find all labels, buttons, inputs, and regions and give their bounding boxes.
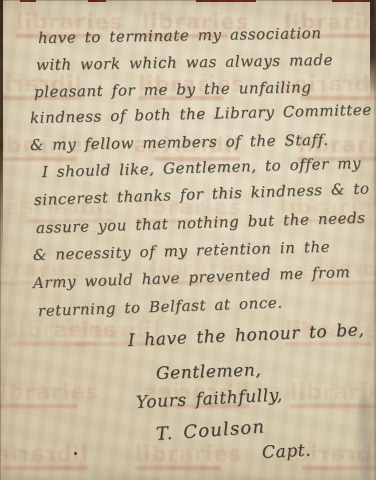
letter-line: have to terminate my association (38, 24, 322, 47)
watermark-url-line (10, 342, 96, 346)
letter-line: pleasant for me by the unfailing (34, 78, 312, 101)
letter-line: sincerest thanks for this kindness & to (34, 179, 370, 209)
watermark-tile: libraries (10, 320, 110, 346)
watermark-tile: libraries (0, 444, 88, 470)
watermark-tile: libraries (135, 444, 235, 470)
letter-line: & my fellow members of the Staff. (30, 131, 329, 154)
ink-speck (222, 243, 224, 245)
letter-line: & necessity of my retention in the (33, 238, 331, 264)
scan-top-edge (0, 0, 376, 1)
scan-top-mark (196, 0, 256, 2)
letter-line: returning to Belfast at once. (38, 293, 283, 320)
signature-rank: Capt. (261, 440, 311, 463)
ink-speck (74, 452, 77, 455)
watermark-url-line (300, 96, 376, 100)
letter-closing-line: Yours faithfully, (135, 385, 283, 413)
letter-closing-line: Gentlemen, (156, 360, 262, 384)
watermark-url-line (2, 466, 88, 470)
watermark-tile: libraries (0, 382, 92, 408)
letter-line: I should like, Gentlemen, to offer my (42, 154, 362, 181)
letter-line: with work which was always made (36, 51, 333, 74)
letter-line: kindness of both the Library Committee (30, 101, 372, 127)
watermark-text: libraries (135, 444, 235, 464)
scan-bottom-right-smudge (360, 396, 371, 480)
scan-top-mark (88, 0, 106, 2)
signature: T. Coulson (155, 416, 266, 445)
scanned-letter-page: librarieslibrarieslibrarieslibrarieslibr… (0, 0, 376, 480)
watermark-text: libraries (0, 382, 92, 402)
letter-closing-line: I have the honour to be, (128, 320, 365, 351)
watermark-text: libraries (10, 320, 110, 340)
letter-line: assure you that nothing but the needs (36, 209, 366, 237)
watermark-url-line (135, 466, 221, 470)
scan-top-mark (20, 0, 36, 2)
letter-line: Army would have prevented me from (33, 263, 351, 292)
scan-left-edge-line (0, 0, 1, 480)
watermark-url-line (0, 157, 76, 161)
watermark-url-line (0, 404, 78, 408)
